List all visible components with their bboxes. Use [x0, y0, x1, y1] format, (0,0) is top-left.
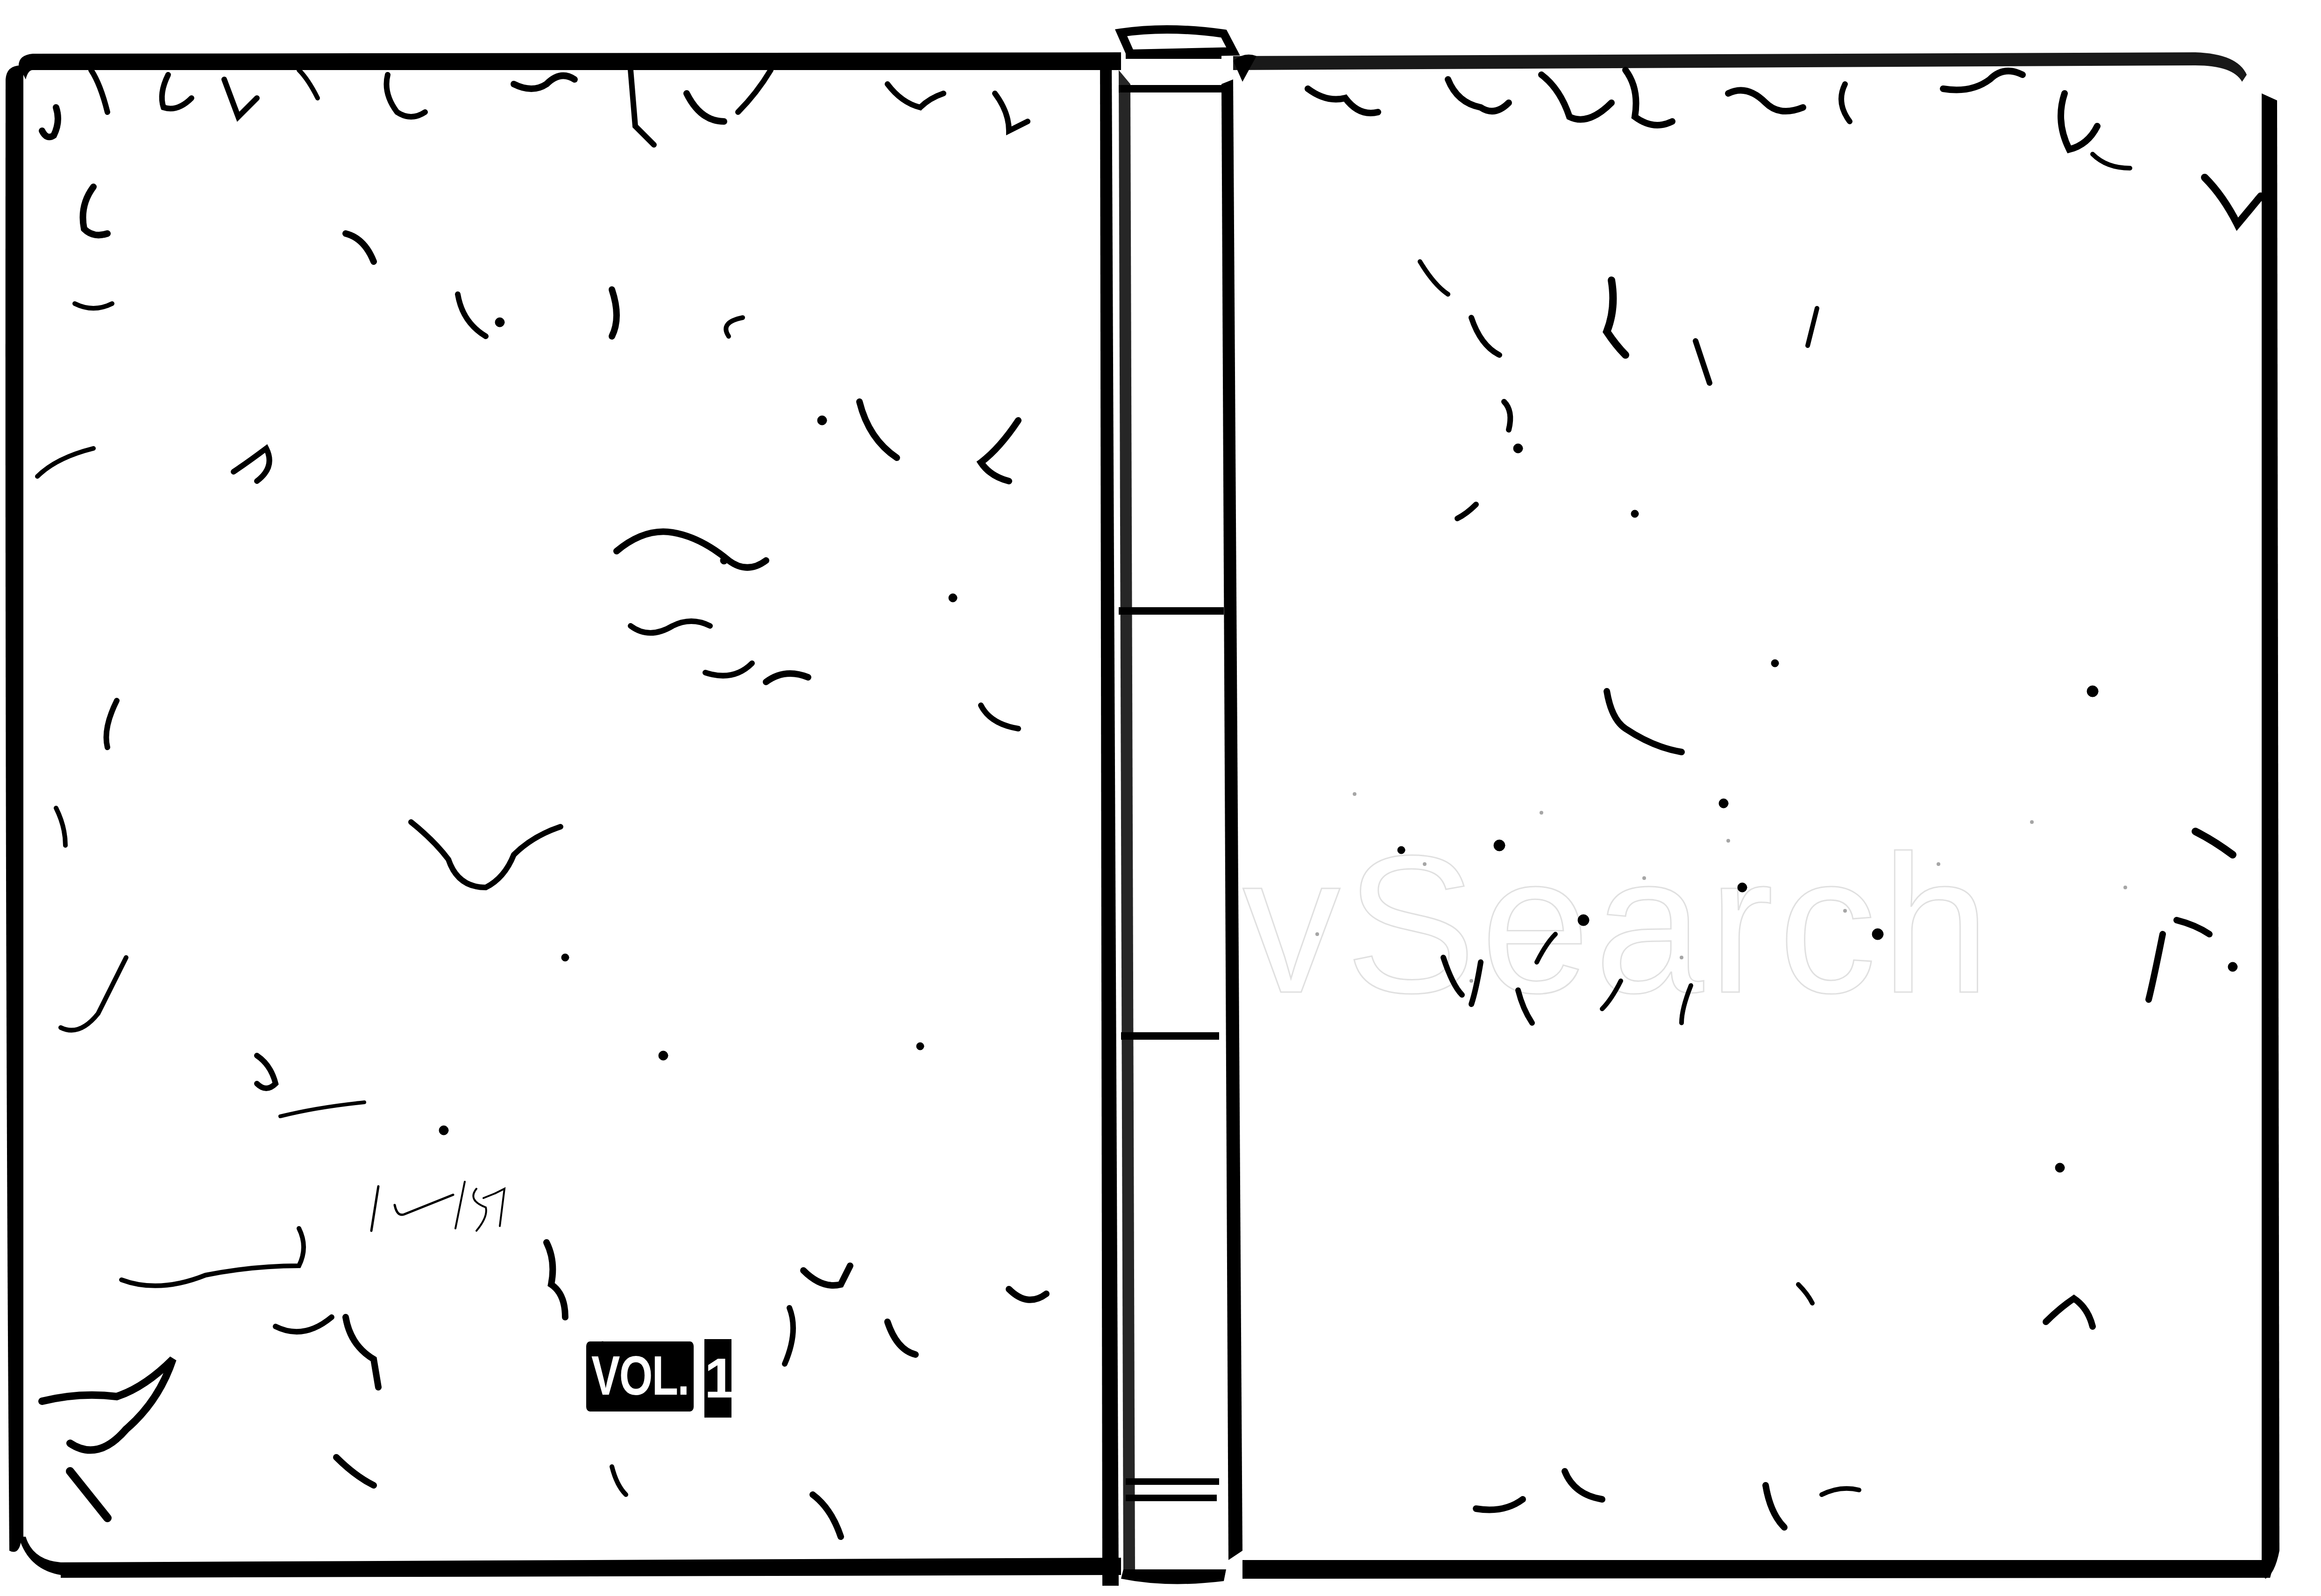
spine-band	[1119, 85, 1228, 92]
spine-band	[1126, 1495, 1217, 1501]
volume-prefix-text: VOL	[591, 1345, 678, 1407]
spine	[1100, 29, 1256, 1586]
spine-band	[1126, 52, 1221, 59]
book-cover-spread: vSearch 1—/87 VOL. 1	[0, 0, 2321, 1596]
volume-label: VOL.	[586, 1341, 724, 1421]
front-cover-faded-title: vSearch	[1242, 822, 1995, 1028]
volume-number: 1	[704, 1339, 731, 1418]
volume-label-prefix: VOL.	[586, 1341, 694, 1412]
handwritten-note: 1—/87	[364, 1177, 551, 1242]
spine-band	[1119, 607, 1224, 615]
handwritten-note-strokes	[364, 1177, 551, 1242]
volume-separator: .	[677, 1345, 688, 1407]
cover-artwork	[0, 0, 2321, 1596]
spine-band	[1126, 1478, 1219, 1485]
grime-marks	[37, 70, 2261, 1537]
back-cover-frame	[6, 52, 1121, 1578]
spine-band	[1121, 1032, 1219, 1040]
